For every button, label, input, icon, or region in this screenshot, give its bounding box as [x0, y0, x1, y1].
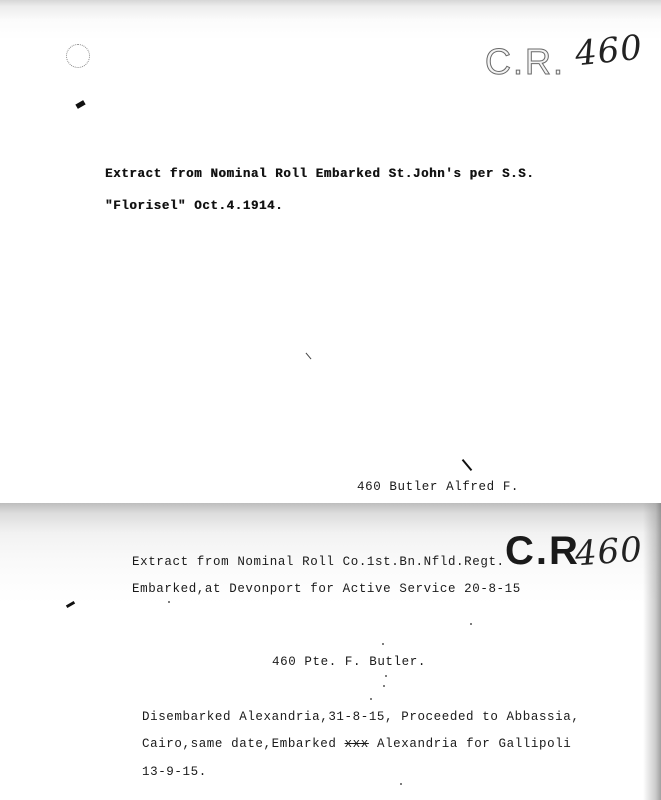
- cr-stamp: C.R: [505, 531, 580, 571]
- service-detail-line-1: Disembarked Alexandria,31-8-15, Proceede…: [142, 711, 579, 724]
- struck-text: xxx: [345, 737, 369, 751]
- ink-mark: [306, 353, 312, 360]
- punch-hole-mark: [66, 44, 90, 68]
- record-card-bottom: Extract from Nominal Roll Co.1st.Bn.Nfld…: [0, 503, 661, 800]
- ink-mark: [66, 601, 75, 608]
- ink-speck: [400, 783, 402, 785]
- soldier-entry: 460 Pte. F. Butler.: [272, 656, 426, 669]
- handwritten-record-number: 460: [573, 31, 644, 72]
- handwritten-record-number: 460: [574, 533, 644, 572]
- extract-heading-line-1: Extract from Nominal Roll Embarked St.Jo…: [105, 168, 534, 181]
- detail-text: for Gallipoli: [466, 737, 571, 751]
- ink-speck: [382, 643, 384, 645]
- ink-speck: [168, 601, 170, 603]
- ink-speck: [383, 685, 385, 687]
- ink-speck: [370, 698, 372, 700]
- cr-stamp: C.R.: [485, 44, 565, 80]
- ink-mark: [75, 100, 85, 109]
- record-card-top: C.R. 460 Extract from Nominal Roll Embar…: [0, 0, 661, 503]
- service-detail-line-2: Cairo,same date,Embarked xxx Alexandria …: [142, 738, 571, 751]
- ink-speck: [470, 623, 472, 625]
- detail-place: Alexandria: [377, 737, 458, 751]
- extract-heading-line-2: "Florisel" Oct.4.1914.: [105, 200, 283, 213]
- soldier-entry: 460 Butler Alfred F.: [357, 481, 519, 494]
- extract-heading-line-1: Extract from Nominal Roll Co.1st.Bn.Nfld…: [132, 556, 505, 569]
- extract-heading-line-2: Embarked,at Devonport for Active Service…: [132, 583, 521, 596]
- ink-mark: [462, 459, 473, 471]
- service-detail-line-3: 13-9-15.: [142, 766, 207, 779]
- ink-speck: [385, 675, 387, 677]
- detail-text: Cairo,same date,Embarked: [142, 737, 336, 751]
